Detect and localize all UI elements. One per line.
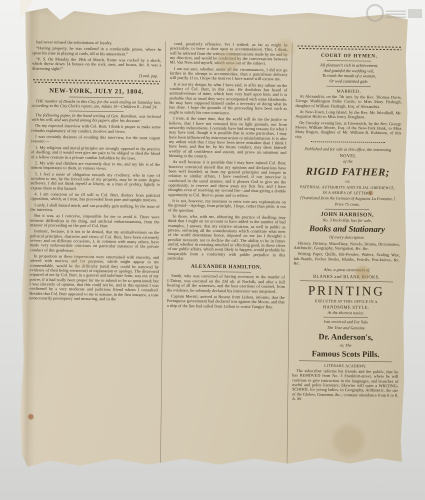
watermark-logo [366,4,422,22]
news-paragraph: had never refused the solicitations of l… [32,40,161,46]
novel-ofthe: of the [295,159,401,165]
divider-rule [327,86,372,87]
columns-wrap: had never refused the solicitations of l… [18,7,410,474]
rigid-father-title: RIGID FATHER; [295,165,401,179]
column-middle: cond, positively offensive. Yet I wished… [160,41,291,473]
hamilton-statement-paragraph: Intrinsic, because, it is not to be deni… [30,229,160,254]
news-paragraph: Smith, who was convicted of having acces… [167,274,285,294]
printing-ad-title: PRINTING [293,283,399,299]
watermark-text-block [386,9,406,18]
pills-or-line: or, The [293,342,399,348]
pills-ad-line: The True and Genuine [293,325,399,331]
dr-andersons-title: Dr. Anderson's, [293,331,399,342]
divider-rule [201,272,250,273]
novel-price: Price 75 cents. [294,202,400,208]
verse-line: Or wed contented gale. [296,78,402,85]
hamilton-reason-item: 1. My religious and moral principles are… [31,145,160,161]
hamilton-statement-paragraph: On my expected interview with Col. Burr,… [31,123,160,134]
literary-academy-body: The subscriber informs his friends and t… [292,368,398,402]
watermark-text-block [408,9,422,18]
hamilton-statement-paragraph: cond, positively offensive. Yet I wished… [170,41,288,66]
hamilton-statement-paragraph: As well because it is possible that I ma… [168,160,286,199]
dateline-heading: NEW-YORK, JULY 21, 1804. [32,86,161,96]
printing-ad-notice: At the shortest notice. [293,310,399,316]
books-stationary-title: Books and Stationary [294,224,400,235]
column-left: had never refused the solicitations of l… [26,40,165,472]
divider-rule [327,60,372,61]
newspaper-page: had never refused the solicitations of l… [18,7,410,474]
column-right: COURT OF HYMEN. All pleasure's rich in a… [287,43,404,473]
bookseller-address: No. 3 Peck-Slip, has for sale, [294,217,400,223]
divider-rule [299,361,392,363]
ornament-rule [33,79,160,86]
pills-ad-line: Just received and For Sale [293,319,399,325]
novel-ad-intro: Published and for sale at this office, t… [295,147,401,153]
marriage-entry: At Alexandria, on the 7th inst. by the R… [296,94,402,109]
hamilton-statement-paragraph: To those, who, with me, abhorring the pr… [167,214,285,262]
blanks-line: BLANKS and BLANK BOOKS. [293,273,399,279]
divider-rule [325,209,370,210]
divider-rule [69,111,123,112]
novel-or: or, [295,178,401,184]
marriage-entry: At New-Town, Long Island, by the Rev. Mr… [295,110,401,121]
scots-pills-title: Famous Scots Pills. [292,348,398,359]
hamilton-reason-item: 4. I am conscious of no ill will to Col.… [30,192,159,203]
source-credit: [Lond. pap. [32,72,158,78]
hamilton-statement-paragraph: It is not my design, by what I have said… [169,82,287,116]
hamilton-reason-item: 2. My wife and children are extremely de… [31,161,160,172]
hamilton-statement-paragraph: It is not, however, my intention to ente… [168,198,286,213]
novel-translation-note: [Translated from the German of Augustus … [294,196,400,202]
paper-fold [20,0,34,20]
marriage-entry: On Tuesday evening last, at Greenwich, b… [295,120,401,140]
divider-rule [324,317,369,318]
hamilton-reason-item: 3. I feel a sense of obligation towards … [31,172,160,192]
deaths-notice: THE number of Deaths in this City, for t… [32,99,161,110]
hamilton-statement-paragraph: In proportion as these impressions were … [29,254,159,302]
news-paragraph: “Having property, he was confined in a c… [32,46,161,57]
photo-background: had never refused the solicitations of l… [0,0,425,500]
bookseller-subline: Of every description. [294,235,400,241]
bookseller-list: History, Divinity, Miscellany, Novels, D… [294,241,400,252]
bookseller-list: Writing Paper, Quills, Ink-Powder, Wafer… [294,252,400,267]
divider-rule [69,97,123,98]
divider-rule [300,280,393,282]
news-paragraph: “P. S. On Monday the 19th of March, Rome… [32,57,161,73]
wave-ornament [311,141,385,145]
court-of-hymen-heading: COURT OF HYMEN. [296,52,402,59]
newspaper-sheet: had never refused the solicitations of l… [18,7,410,474]
hamilton-statement-paragraph: I trust, at the same time, that the worl… [169,116,287,159]
ornament-rule [297,45,401,51]
watermark-circle-icon [366,4,384,22]
hamilton-statement-paragraph: I am not sure, whether, under all the ci… [170,66,288,81]
bookseller-also: Also, a great assortment of [294,267,400,273]
hamilton-statement-paragraph: But it was, as I conceive, impossible fo… [30,213,159,229]
editor-note: The following paper, in the hand writing… [31,113,160,124]
hamilton-signature: ALEXANDER HAMILTON. [167,264,285,271]
hamilton-reason-item: Lastly, I shall hazard much, and can pos… [30,203,159,214]
hamilton-statement-paragraph: I was certainly desirous of avoiding thi… [31,134,160,145]
news-paragraph: Captain Merritt, arrived at Boston from … [167,294,285,309]
